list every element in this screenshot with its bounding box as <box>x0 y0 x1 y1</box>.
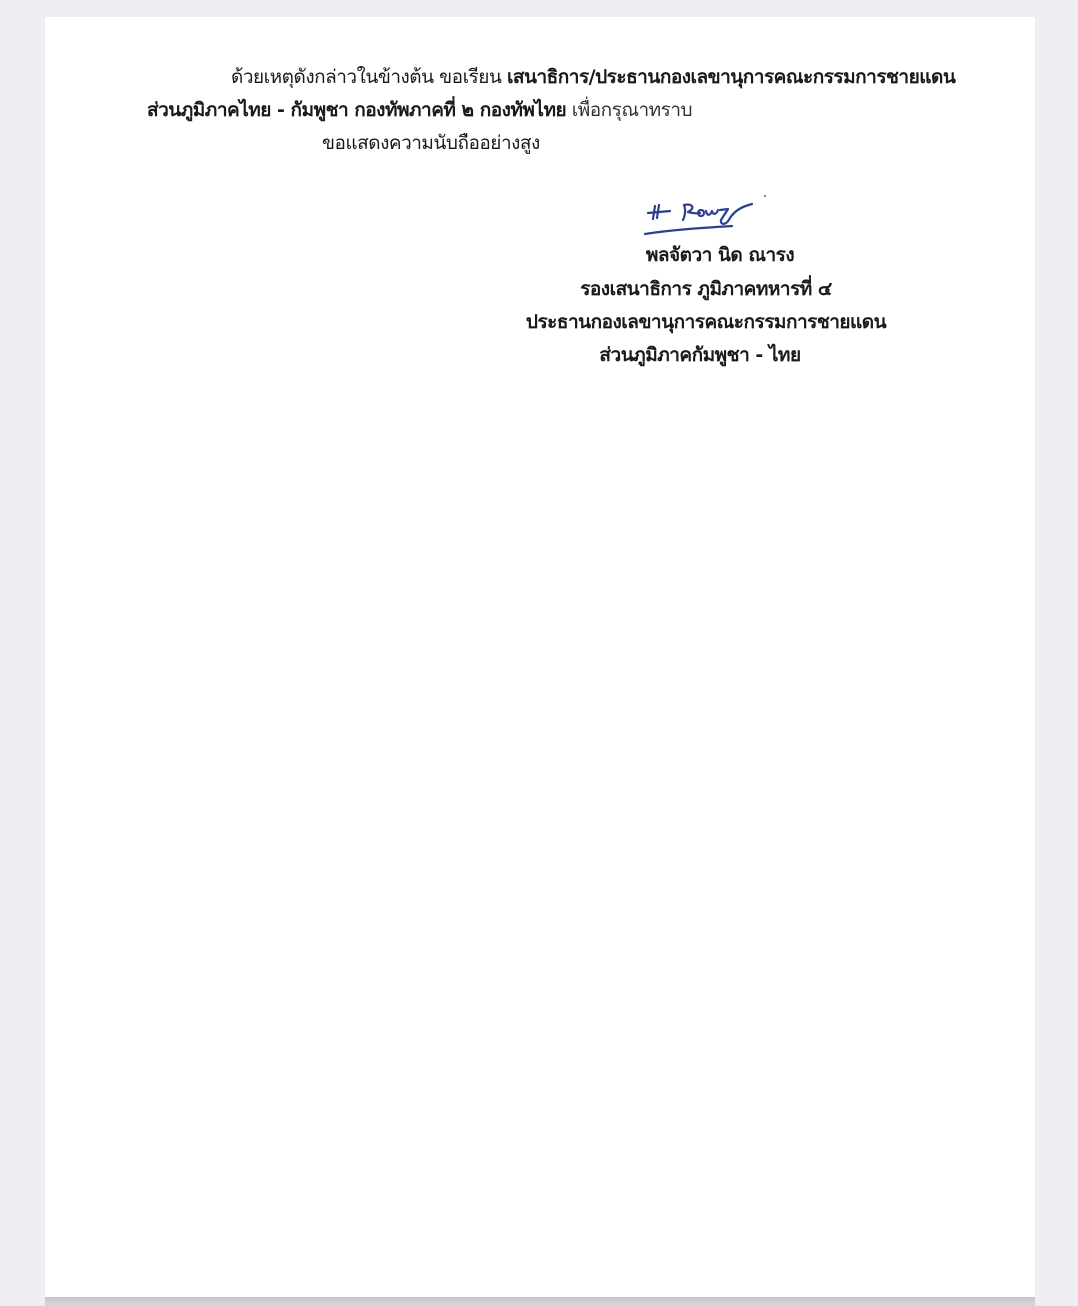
signatory-position-3: ส่วนภูมิภาคกัมพูชา - ไทย <box>470 346 930 365</box>
signatory-name: พลจัตวา นิด ณารง <box>490 246 950 265</box>
addressee-unit: ส่วนภูมิภาคไทย - กัมพูชา กองทัพภาคที่ ๒ … <box>147 99 566 121</box>
signatory-position-1: รองเสนาธิการ ภูมิภาคทหารที่ ๔ <box>476 280 936 299</box>
addressee-title: เสนาธิการ/ประธานกองเลขานุการคณะกรรมการชา… <box>507 66 955 88</box>
paragraph-purpose-text: เพื่อกรุณาทราบ <box>566 99 692 121</box>
paragraph-line-2: ส่วนภูมิภาคไทย - กัมพูชา กองทัพภาคที่ ๒ … <box>147 101 692 120</box>
closing-salutation: ขอแสดงความนับถืออย่างสูง <box>322 134 540 153</box>
paragraph-intro-text: ด้วยเหตุดังกล่าวในข้างต้น ขอเรียน <box>231 66 507 88</box>
paragraph-line-1: ด้วยเหตุดังกล่าวในข้างต้น ขอเรียน เสนาธิ… <box>231 68 955 87</box>
signatory-position-2: ประธานกองเลขานุการคณะกรรมการชายแดน <box>476 313 936 332</box>
page-bottom-edge <box>45 1297 1035 1306</box>
handwritten-signature-icon <box>640 192 780 242</box>
document-page <box>45 17 1035 1297</box>
